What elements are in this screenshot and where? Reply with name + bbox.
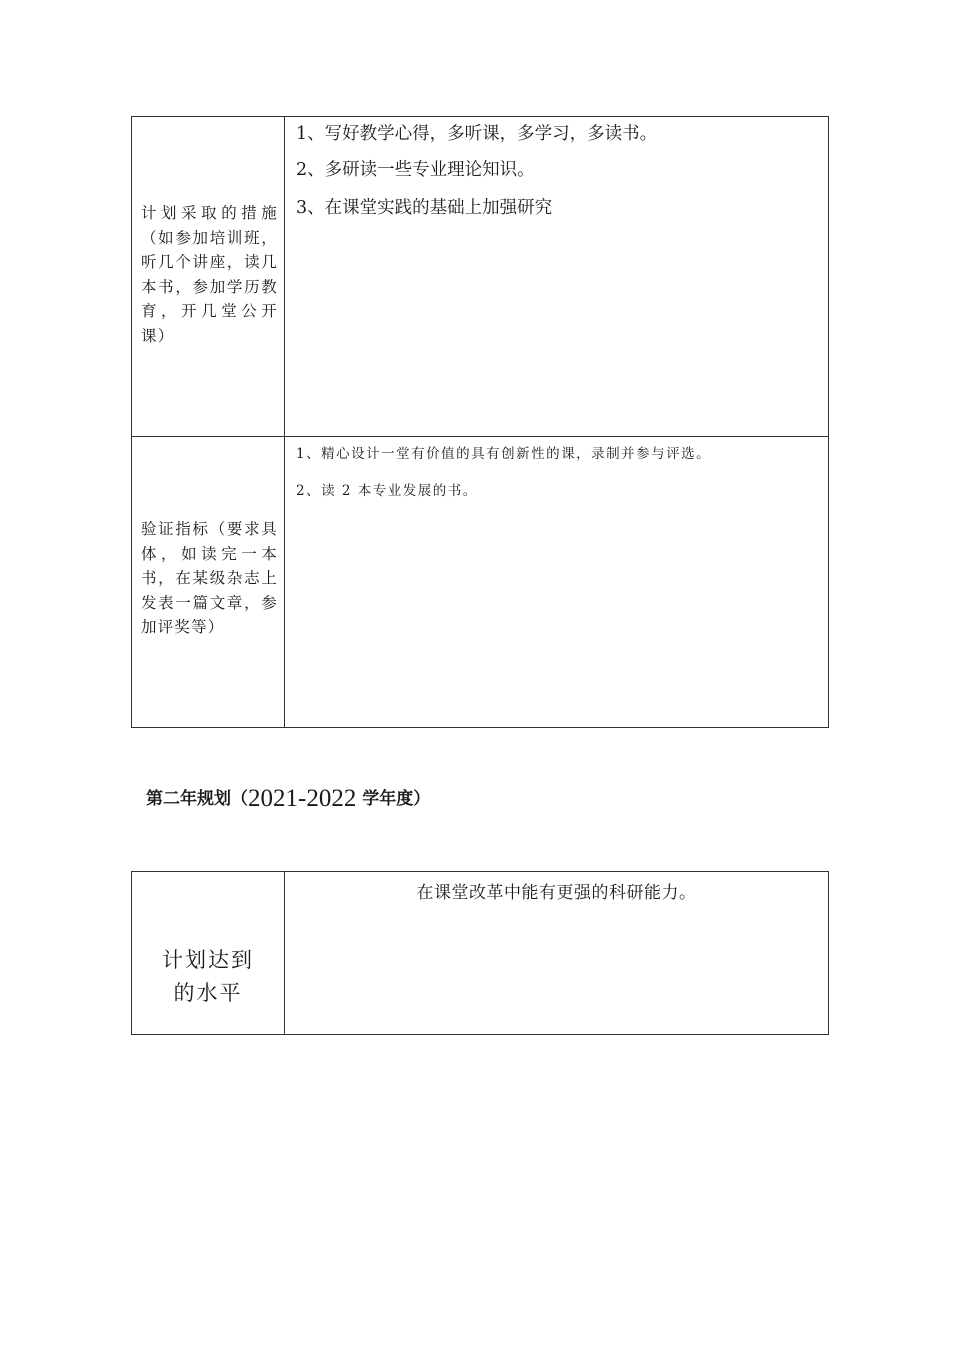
indicators-content-cell: 1、精心设计一堂有价值的具有创新性的课，录制并参与评选。 2、读 2 本专业发展…: [285, 437, 828, 727]
measure-item: 2、多研读一些专业理论知识。: [296, 156, 535, 181]
measure-item: 3、在课堂实践的基础上加强研究: [296, 194, 552, 219]
measures-label: 计划采取的措施（如参加培训班，听几个讲座，读几本书，参加学历教育，开几堂公开课）: [141, 201, 278, 348]
measures-row: 计划采取的措施（如参加培训班，听几个讲座，读几本书，参加学历教育，开几堂公开课）…: [132, 117, 828, 436]
indicator-item: 2、读 2 本专业发展的书。: [296, 479, 478, 499]
target-level-label-line1: 计划达到: [132, 944, 284, 977]
section-heading-year2: 第二年规划（2021-2022 学年度）: [146, 784, 430, 813]
indicator-item: 1、精心设计一堂有价值的具有创新性的课，录制并参与评选。: [296, 442, 711, 462]
target-level-row: 计划达到 的水平 在课堂改革中能有更强的科研能力。: [132, 872, 828, 1034]
indicators-label-cell: 验证指标（要求具体，如读完一本书，在某级杂志上发表一篇文章，参加评奖等）: [132, 437, 285, 727]
measure-item: 1、写好教学心得，多听课，多学习，多读书。: [296, 120, 657, 145]
plan-table-year1: 计划采取的措施（如参加培训班，听几个讲座，读几本书，参加学历教育，开几堂公开课）…: [131, 116, 829, 728]
heading-suffix: 学年度）: [356, 789, 430, 809]
heading-year: 2021-2022: [248, 785, 356, 812]
plan-table-year2: 计划达到 的水平 在课堂改革中能有更强的科研能力。: [131, 871, 829, 1035]
target-level-content: 在课堂改革中能有更强的科研能力。: [285, 878, 828, 903]
target-level-label-line2: 的水平: [132, 977, 284, 1010]
measures-label-cell: 计划采取的措施（如参加培训班，听几个讲座，读几本书，参加学历教育，开几堂公开课）: [132, 117, 285, 436]
indicators-row: 验证指标（要求具体，如读完一本书，在某级杂志上发表一篇文章，参加评奖等） 1、精…: [132, 436, 828, 727]
heading-prefix: 第二年规划（: [146, 789, 248, 809]
measures-content-cell: 1、写好教学心得，多听课，多学习，多读书。 2、多研读一些专业理论知识。 3、在…: [285, 117, 828, 436]
target-level-label: 计划达到 的水平: [132, 944, 284, 1010]
target-level-content-cell: 在课堂改革中能有更强的科研能力。: [285, 872, 828, 1034]
target-level-label-cell: 计划达到 的水平: [132, 872, 285, 1034]
indicators-label: 验证指标（要求具体，如读完一本书，在某级杂志上发表一篇文章，参加评奖等）: [141, 517, 278, 640]
